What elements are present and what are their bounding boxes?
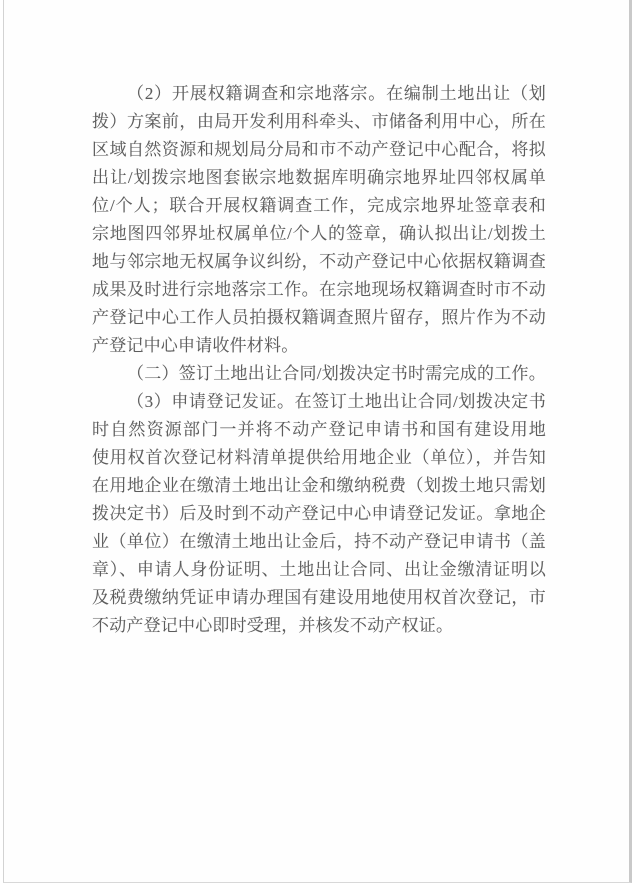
text-line: 时自然资源部门一并将不动产登记申请书和国有建设用地 (92, 416, 546, 444)
text-line: 拨决定书）后及时到不动产登记中心申请登记发证。拿地企 (92, 500, 546, 528)
text-line: 不动产登记中心即时受理，并核发不动产权证。 (92, 612, 546, 640)
text-line: 使用权首次登记材料清单提供给用地企业（单位），并告知 (92, 444, 546, 472)
scanned-page: （2）开展权籍调查和宗地落宗。在编制土地出让（划 拨）方案前，由局开发利用科牵头… (3, 0, 632, 883)
text-line: （3）申请登记发证。在签订土地出让合同/划拨决定书 (92, 388, 546, 416)
text-line: 出让/划拨宗地图套嵌宗地数据库明确宗地界址四邻权属单 (92, 164, 546, 192)
text-line: 业（单位）在缴清土地出让金后，持不动产登记申请书（盖 (92, 528, 546, 556)
document-body: （2）开展权籍调查和宗地落宗。在编制土地出让（划 拨）方案前，由局开发利用科牵头… (92, 80, 546, 640)
text-line: 地与邻宗地无权属争议纠纷，不动产登记中心依据权籍调查 (92, 248, 546, 276)
text-line: 及税费缴纳凭证申请办理国有建设用地使用权首次登记，市 (92, 584, 546, 612)
text-line: 产登记中心申请收件材料。 (92, 332, 546, 360)
text-line: 章）、申请人身份证明、土地出让合同、出让金缴清证明以 (92, 556, 546, 584)
text-line: 区域自然资源和规划局分局和市不动产登记中心配合，将拟 (92, 136, 546, 164)
text-line: （二）签订土地出让合同/划拨决定书时需完成的工作。 (92, 360, 546, 388)
text-line: 产登记中心工作人员拍摄权籍调查照片留存，照片作为不动 (92, 304, 546, 332)
text-line: 宗地图四邻界址权属单位/个人的签章，确认拟出让/划拨土 (92, 220, 546, 248)
document-viewport: （2）开展权籍调查和宗地落宗。在编制土地出让（划 拨）方案前，由局开发利用科牵头… (0, 0, 637, 884)
text-line: 在用地企业在缴清土地出让金和缴纳税费（划拨土地只需划 (92, 472, 546, 500)
text-line: 位/个人；联合开展权籍调查工作，完成宗地界址签章表和 (92, 192, 546, 220)
text-line: 拨）方案前，由局开发利用科牵头、市储备利用中心，所在 (92, 108, 546, 136)
text-line: 成果及时进行宗地落宗工作。在宗地现场权籍调查时市不动 (92, 276, 546, 304)
text-line: （2）开展权籍调查和宗地落宗。在编制土地出让（划 (92, 80, 546, 108)
